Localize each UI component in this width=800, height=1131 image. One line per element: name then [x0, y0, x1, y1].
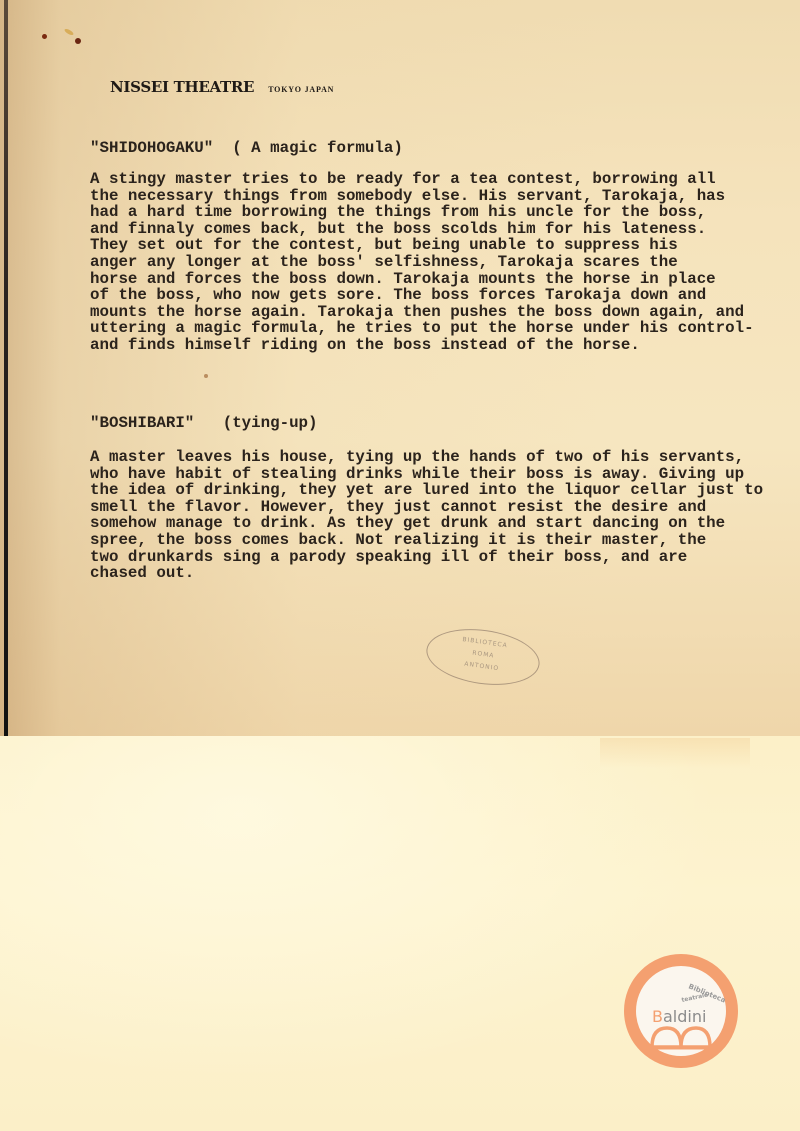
text-line: A master leaves his house, tying up the …	[90, 449, 763, 466]
page-left-edge	[4, 0, 8, 736]
text-line: They set out for the contest, but being …	[90, 237, 754, 254]
water-stain	[600, 738, 750, 768]
text-line: uttering a magic formula, he tries to pu…	[90, 320, 754, 337]
text-line: spree, the boss comes back. Not realizin…	[90, 532, 763, 549]
text-line: anger any longer at the boss' selfishnes…	[90, 254, 754, 271]
text-line: had a hard time borrowing the things fro…	[90, 204, 754, 221]
text-line: mounts the horse again. Tarokaja then pu…	[90, 304, 754, 321]
text-line: of the boss, who now gets sore. The boss…	[90, 287, 754, 304]
text-line: horse and forces the boss down. Tarokaja…	[90, 271, 754, 288]
text-line: somehow manage to drink. As they get dru…	[90, 515, 763, 532]
rust-spot	[75, 38, 81, 44]
text-line: and finds himself riding on the boss ins…	[90, 337, 754, 354]
letterhead: NISSEI THEATRETOKYO JAPAN	[110, 78, 334, 97]
section-body-boshibari: A master leaves his house, tying up the …	[90, 449, 763, 582]
section-title-shidohogaku: "SHIDOHOGAKU" ( A magic formula)	[90, 140, 403, 157]
text-line: two drunkards sing a parody speaking ill…	[90, 549, 763, 566]
logo-brand: Baldini	[652, 1007, 706, 1026]
theatre-location: TOKYO JAPAN	[268, 85, 334, 94]
rust-spot	[42, 34, 47, 39]
text-line: smell the flavor. However, they just can…	[90, 499, 763, 516]
baldini-library-logo: Biblioteca teatrale Baldini	[622, 952, 740, 1070]
theatre-name: NISSEI THEATRE	[110, 78, 254, 96]
text-line: chased out.	[90, 565, 763, 582]
section-body-shidohogaku: A stingy master tries to be ready for a …	[90, 171, 754, 354]
section-title-boshibari: "BOSHIBARI" (tying-up)	[90, 415, 318, 432]
aged-paper-top	[0, 0, 800, 736]
paper-backing	[0, 736, 800, 1131]
rust-spot	[204, 374, 208, 378]
baldini-logo-icon: Biblioteca teatrale Baldini	[622, 952, 740, 1070]
text-line: and finnaly comes back, but the boss sco…	[90, 221, 754, 238]
text-line: who have habit of stealing drinks while …	[90, 466, 763, 483]
text-line: A stingy master tries to be ready for a …	[90, 171, 754, 188]
text-line: the idea of drinking, they yet are lured…	[90, 482, 763, 499]
text-line: the necessary things from somebody else.…	[90, 188, 754, 205]
